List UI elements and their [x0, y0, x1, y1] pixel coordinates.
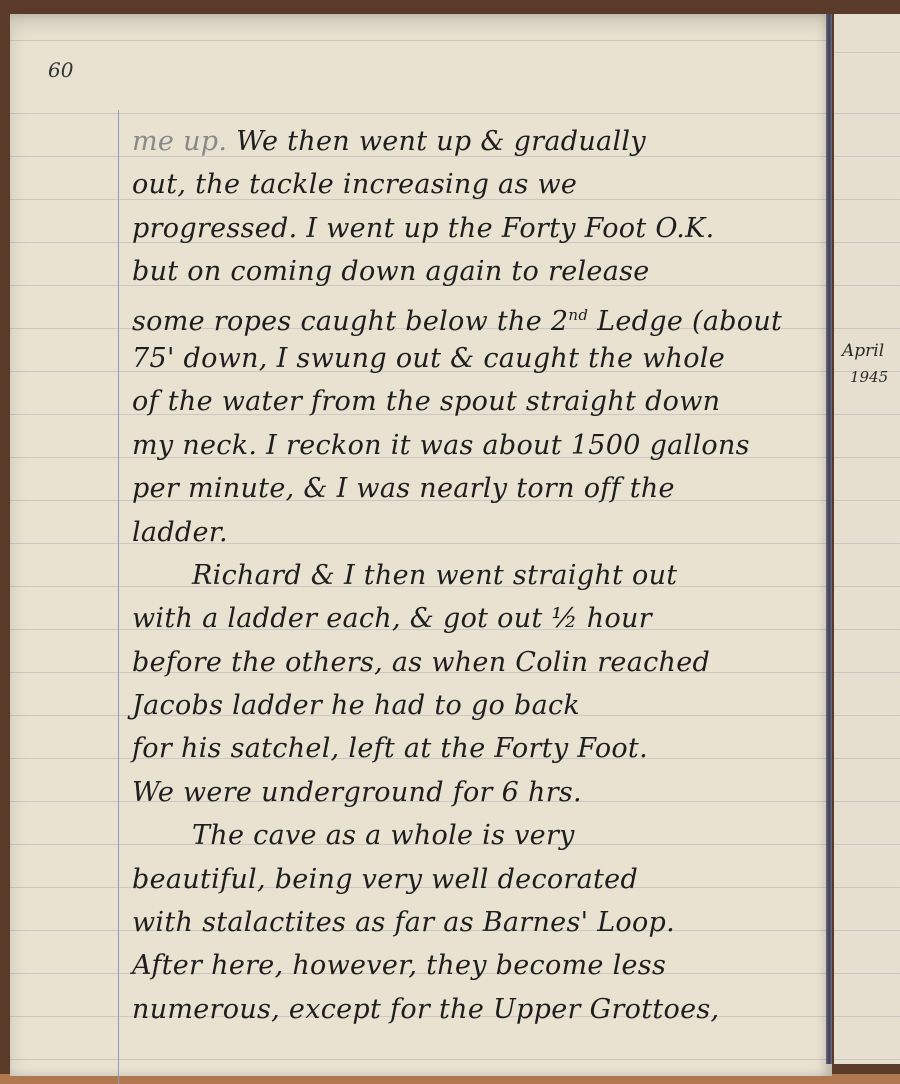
page-number: 60: [48, 58, 73, 82]
text-line: After here, however, they become less: [132, 944, 837, 987]
handwritten-text-block: me up. We then went up & gradually out, …: [132, 120, 837, 1031]
text-line: for his satchel, left at the Forty Foot.: [132, 727, 837, 770]
text-line: of the water from the spout straight dow…: [132, 380, 837, 423]
text-segment: some ropes caught below the 2: [132, 306, 568, 337]
faded-text: me up.: [132, 126, 227, 157]
text-segment: Ledge (about: [588, 306, 782, 337]
text-line: progressed. I went up the Forty Foot O.K…: [132, 207, 837, 250]
text-line: but on coming down again to release: [132, 250, 837, 293]
text-line: ladder.: [132, 511, 837, 554]
text-line: with stalactites as far as Barnes' Loop.: [132, 901, 837, 944]
date-margin-note: April 1945: [842, 338, 888, 390]
notebook-binding-stitch: [826, 14, 832, 1064]
text-line: with a ladder each, & got out ½ hour: [132, 597, 837, 640]
text-line: some ropes caught below the 2nd Ledge (a…: [132, 294, 837, 337]
margin-note-month: April: [842, 338, 888, 364]
notebook-page-left: 60 me up. We then went up & gradually ou…: [10, 14, 832, 1076]
text-line: out, the tackle increasing as we: [132, 163, 837, 206]
text-line: Richard & I then went straight out: [132, 554, 837, 597]
text-line: numerous, except for the Upper Grottoes,: [132, 988, 837, 1031]
text-line: per minute, & I was nearly torn off the: [132, 467, 837, 510]
text-line: before the others, as when Colin reached: [132, 641, 837, 684]
text-line: We were underground for 6 hrs.: [132, 771, 837, 814]
text-line: Jacobs ladder he had to go back: [132, 684, 837, 727]
text-line: The cave as a whole is very: [132, 814, 837, 857]
margin-note-year: 1945: [842, 364, 888, 390]
text-line: beautiful, being very well decorated: [132, 858, 837, 901]
text-line: me up. We then went up & gradually: [132, 120, 837, 163]
text-line: my neck. I reckon it was about 1500 gall…: [132, 424, 837, 467]
text-segment: We then went up & gradually: [227, 126, 646, 157]
text-line: 75' down, I swung out & caught the whole: [132, 337, 837, 380]
ordinal-superscript: nd: [568, 306, 588, 324]
margin-rule-line: [118, 110, 119, 1084]
notebook-page-right: [834, 14, 900, 1064]
